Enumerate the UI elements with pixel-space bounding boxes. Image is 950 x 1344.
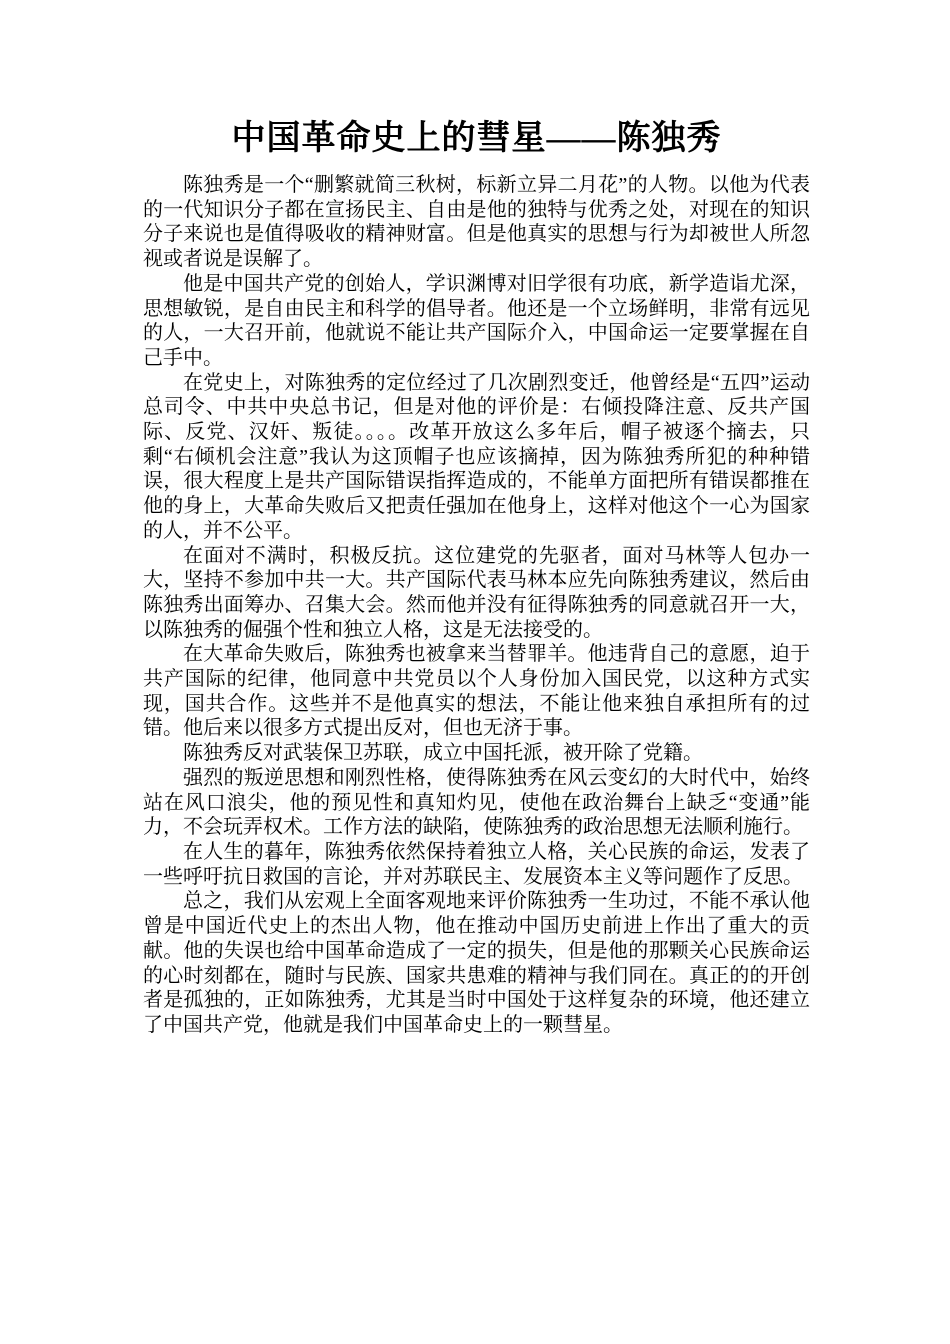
paragraph: 强烈的叛逆思想和刚烈性格，使得陈独秀在风云变幻的大时代中，始终站在风口浪尖，他的… (143, 766, 810, 840)
paragraph: 在大革命失败后，陈独秀也被拿来当替罪羊。他违背自己的意愿，迫于共产国际的纪律，他… (143, 642, 810, 741)
paragraph: 陈独秀反对武装保卫苏联，成立中国托派，被开除了党籍。 (143, 741, 810, 766)
document-body: 陈独秀是一个“删繁就简三秋树，标新立异二月花”的人物。以他为代表的一代知识分子都… (143, 173, 810, 1038)
document-title: 中国革命史上的彗星——陈独秀 (143, 113, 810, 165)
paragraph: 总之，我们从宏观上全面客观地来评价陈独秀一生功过，不能不承认他曾是中国近代史上的… (143, 889, 810, 1037)
paragraph: 在面对不满时，积极反抗。这位建党的先驱者，面对马林等人包办一大，坚持不参加中共一… (143, 544, 810, 643)
document-page: 中国革命史上的彗星——陈独秀 陈独秀是一个“删繁就简三秋树，标新立异二月花”的人… (0, 0, 950, 1344)
paragraph: 在人生的暮年，陈独秀依然保持着独立人格，关心民族的命运，发表了一些呼吁抗日救国的… (143, 840, 810, 889)
paragraph: 陈独秀是一个“删繁就简三秋树，标新立异二月花”的人物。以他为代表的一代知识分子都… (143, 173, 810, 272)
paragraph: 他是中国共产党的创始人，学识渊博对旧学很有功底，新学造诣尤深，思想敏锐，是自由民… (143, 272, 810, 371)
paragraph: 在党史上，对陈独秀的定位经过了几次剧烈变迁，他曾经是“五四”运动总司令、中共中央… (143, 371, 810, 544)
